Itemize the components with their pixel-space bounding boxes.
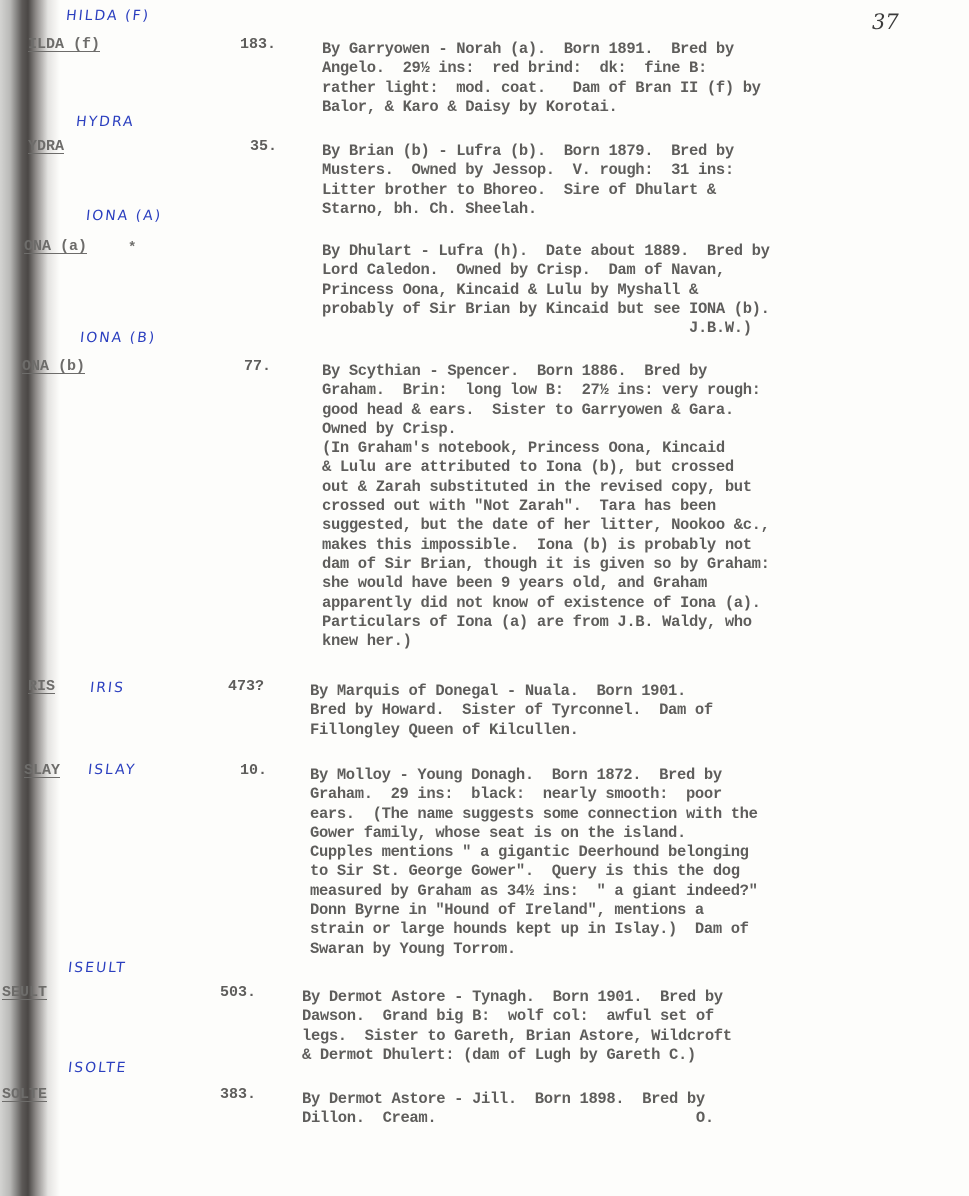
text-line: knew her.) — [322, 632, 942, 651]
text-line: Donn Byrne in "Hound of Ireland", mentio… — [310, 901, 930, 920]
text-line: probably of Sir Brian by Kincaid but see… — [322, 300, 942, 319]
text-line: Litter brother to Bhoreo. Sire of Dhular… — [322, 181, 942, 200]
book-binding-shadow — [0, 0, 60, 1196]
entry-number: 183. — [240, 36, 276, 53]
text-line: Bred by Howard. Sister of Tyrconnel. Dam… — [310, 701, 930, 720]
entry-number: 77. — [244, 358, 271, 375]
handwritten-annotation: IONA (B) — [79, 330, 157, 346]
text-line: ears. (The name suggests some connection… — [310, 805, 930, 824]
text-line: Cupples mentions " a gigantic Deerhound … — [310, 843, 930, 862]
text-line: out & Zarah substituted in the revised c… — [322, 478, 942, 497]
text-line: & Lulu are attributed to Iona (b), but c… — [322, 458, 942, 477]
text-line: Balor, & Karo & Daisy by Korotai. — [322, 98, 942, 117]
text-line: & Dermot Dhulert: (dam of Lugh by Gareth… — [302, 1046, 922, 1065]
asterisk-marker: * — [128, 240, 136, 256]
text-line: Fillongley Queen of Kilcullen. — [310, 721, 930, 740]
text-line: she would have been 9 years old, and Gra… — [322, 574, 942, 593]
text-line: measured by Graham as 34½ ins: " a giant… — [310, 882, 930, 901]
entry-description: By Brian (b) - Lufra (b). Born 1879. Bre… — [322, 142, 942, 219]
text-line: Angelo. 29½ ins: red brind: dk: fine B: — [322, 59, 942, 78]
text-line: By Dhulart - Lufra (h). Date about 1889.… — [322, 242, 942, 261]
entry-description: By Dermot Astore - Tynagh. Born 1901. Br… — [302, 988, 922, 1065]
text-line: (In Graham's notebook, Princess Oona, Ki… — [322, 439, 942, 458]
entry-description: By Marquis of Donegal - Nuala. Born 1901… — [310, 682, 930, 740]
text-line: Gower family, whose seat is on the islan… — [310, 824, 930, 843]
handwritten-annotation: ISEULT — [67, 960, 127, 976]
entry-name: ILDA (f) — [28, 36, 100, 53]
text-line: dam of Sir Brian, though it is given so … — [322, 555, 942, 574]
text-line: By Scythian - Spencer. Born 1886. Bred b… — [322, 362, 942, 381]
entry-description: By Dhulart - Lufra (h). Date about 1889.… — [322, 242, 942, 338]
text-line: Dawson. Grand big B: wolf col: awful set… — [302, 1007, 922, 1026]
handwritten-annotation: IONA (A) — [85, 208, 163, 224]
entry-name: SLAY — [24, 762, 60, 779]
text-line: Dillon. Cream. O. — [302, 1109, 922, 1128]
text-line: Graham. 29 ins: black: nearly smooth: po… — [310, 785, 930, 804]
handwritten-annotation: ISLAY — [87, 762, 137, 778]
entry-name: SOLTE — [2, 1086, 47, 1103]
entry-name: YDRA — [28, 138, 64, 155]
text-line: J.B.W.) — [322, 319, 942, 338]
text-line: By Dermot Astore - Tynagh. Born 1901. Br… — [302, 988, 922, 1007]
text-line: Starno, bh. Ch. Sheelah. — [322, 200, 942, 219]
page-number: 37 — [872, 10, 899, 34]
entry-description: By Molloy - Young Donagh. Born 1872. Bre… — [310, 766, 930, 959]
text-line: crossed out with "Not Zarah". Tara has b… — [322, 497, 942, 516]
entry-number: 10. — [240, 762, 267, 779]
handwritten-annotation: ISOLTE — [67, 1060, 128, 1076]
text-line: Princess Oona, Kincaid & Lulu by Myshall… — [322, 281, 942, 300]
entry-name: RIS — [28, 678, 55, 695]
entry-description: By Dermot Astore - Jill. Born 1898. Bred… — [302, 1090, 922, 1129]
text-line: By Brian (b) - Lufra (b). Born 1879. Bre… — [322, 142, 942, 161]
text-line: Swaran by Young Torrom. — [310, 940, 930, 959]
entry-number: 383. — [220, 1086, 256, 1103]
entry-number: 473? — [228, 678, 264, 695]
text-line: By Garryowen - Norah (a). Born 1891. Bre… — [322, 40, 942, 59]
text-line: makes this impossible. Iona (b) is proba… — [322, 536, 942, 555]
entry-description: By Garryowen - Norah (a). Born 1891. Bre… — [322, 40, 942, 117]
text-line: By Marquis of Donegal - Nuala. Born 1901… — [310, 682, 930, 701]
handwritten-annotation: HILDA (F) — [65, 8, 151, 24]
entry-name: ONA (b) — [22, 358, 85, 375]
text-line: By Molloy - Young Donagh. Born 1872. Bre… — [310, 766, 930, 785]
text-line: strain or large hounds kept up in Islay.… — [310, 920, 930, 939]
text-line: rather light: mod. coat. Dam of Bran II … — [322, 79, 942, 98]
text-line: suggested, but the date of her litter, N… — [322, 516, 942, 535]
entry-name: ONA (a) — [24, 238, 87, 255]
text-line: apparently did not know of existence of … — [322, 594, 942, 613]
entry-name: SEULT — [2, 984, 47, 1001]
text-line: Lord Caledon. Owned by Crisp. Dam of Nav… — [322, 261, 942, 280]
text-line: good head & ears. Sister to Garryowen & … — [322, 401, 942, 420]
text-line: Graham. Brin: long low B: 27½ ins: very … — [322, 381, 942, 400]
handwritten-annotation: IRIS — [89, 680, 126, 696]
text-line: By Dermot Astore - Jill. Born 1898. Bred… — [302, 1090, 922, 1109]
text-line: Owned by Crisp. — [322, 420, 942, 439]
text-line: Particulars of Iona (a) are from J.B. Wa… — [322, 613, 942, 632]
text-line: legs. Sister to Gareth, Brian Astore, Wi… — [302, 1027, 922, 1046]
entry-number: 35. — [250, 138, 277, 155]
entry-number: 503. — [220, 984, 256, 1001]
entry-description: By Scythian - Spencer. Born 1886. Bred b… — [322, 362, 942, 651]
handwritten-annotation: HYDRA — [75, 114, 135, 130]
text-line: Musters. Owned by Jessop. V. rough: 31 i… — [322, 161, 942, 180]
text-line: to Sir St. George Gower". Query is this … — [310, 862, 930, 881]
